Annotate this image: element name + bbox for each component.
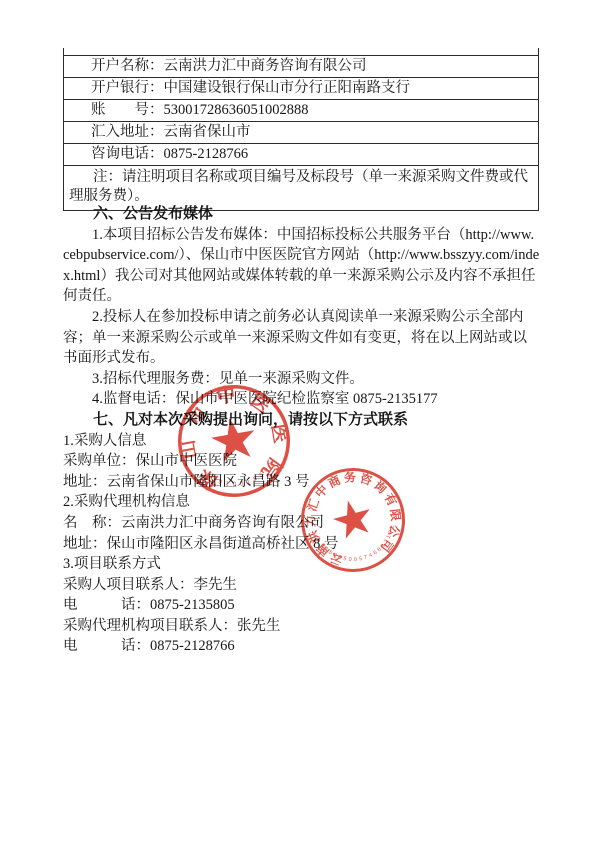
seal-star-icon	[329, 496, 375, 541]
svg-text:5: 5	[343, 556, 347, 562]
seal-star-icon	[208, 415, 258, 464]
svg-text:中: 中	[215, 382, 238, 408]
svg-text:医: 医	[267, 422, 292, 444]
svg-text:务: 务	[343, 469, 356, 485]
contact-line: 电 话：0875-2128766	[63, 636, 540, 657]
svg-text:0: 0	[233, 482, 237, 488]
section-6-paragraph: 3.招标代理服务费：见单一来源采购文件。	[63, 369, 540, 390]
svg-text:1: 1	[246, 479, 252, 486]
section-6-paragraph: 2.投标人在参加投标申请之前务必认真阅读单一来源采购公示全部内容；单一来源采购公…	[63, 307, 540, 369]
section-7-heading: 七、凡对本次采购提出询问，请按以下方式联系	[63, 410, 540, 431]
contact-line: 1.采购人信息	[63, 431, 540, 452]
row-label: 开户名称：	[91, 58, 164, 74]
document-page: 开户名称：云南洪力汇中商务咨询有限公司 开户银行：中国建设银行保山市分行正阳南路…	[0, 0, 600, 849]
contact-line: 电 话：0875-2135805	[63, 595, 540, 616]
table-row-inquiry-phone: 咨询电话：0875-2128766	[64, 144, 538, 166]
row-value: 云南洪力汇中商务咨询有限公司	[164, 58, 367, 74]
row-value: 云南省保山市	[164, 124, 251, 140]
svg-text:山: 山	[176, 438, 201, 461]
document-body: 六、公告发布媒体 1.本项目招标公告发布媒体：中国招标投标公共服务平台（http…	[63, 204, 540, 657]
contact-line: 采购代理机构项目联系人：张先生	[63, 616, 540, 637]
svg-text:0: 0	[348, 557, 351, 563]
row-value: 中国建设银行保山市分行正阳南路支行	[164, 80, 411, 96]
section-6-heading: 六、公告发布媒体	[63, 204, 540, 225]
table-row-account-name: 开户名称：云南洪力汇中商务咨询有限公司	[64, 56, 538, 78]
svg-text:医: 医	[246, 389, 274, 418]
svg-text:中: 中	[312, 482, 331, 501]
table-row-bank: 开户银行：中国建设银行保山市分行正阳南路支行	[64, 78, 538, 100]
row-label: 账 号：	[91, 102, 164, 118]
svg-text:0: 0	[239, 481, 244, 488]
svg-text:限: 限	[388, 508, 403, 522]
row-value: 53001728636051002888	[164, 102, 309, 118]
svg-text:市: 市	[181, 400, 211, 429]
svg-text:保: 保	[194, 465, 223, 495]
svg-text:7: 7	[363, 555, 368, 562]
row-label: 咨询电话：	[91, 146, 164, 162]
svg-text:1: 1	[225, 481, 230, 488]
row-value: 0875-2128766	[164, 146, 249, 162]
table-row-account-number: 账 号：53001728636051002888	[64, 100, 538, 122]
svg-text:汇: 汇	[305, 497, 322, 513]
table-row-remit-address: 汇入地址：云南省保山市	[64, 122, 538, 144]
svg-text:5: 5	[359, 556, 363, 562]
section-6-paragraph: 1.本项目招标公告发布媒体：中国招标投标公共服务平台（http://www.ce…	[63, 225, 540, 307]
svg-text:0: 0	[218, 479, 224, 486]
svg-text:0: 0	[354, 557, 357, 563]
section-6-paragraph: 4.监督电话：保山市中医医院纪检监察室 0875-2135177	[63, 389, 540, 410]
payment-info-table: 开户名称：云南洪力汇中商务咨询有限公司 开户银行：中国建设银行保山市分行正阳南路…	[63, 55, 539, 211]
svg-text:力: 力	[302, 515, 317, 527]
row-label: 汇入地址：	[91, 124, 164, 140]
svg-text:5: 5	[252, 476, 258, 483]
row-label: 开户银行：	[91, 80, 164, 96]
agency-round-seal: 云南洪力汇中商务咨询有限公司91530500574688713L	[293, 460, 413, 580]
hospital-round-seal: 保山市中医医院53010015301	[170, 377, 298, 505]
